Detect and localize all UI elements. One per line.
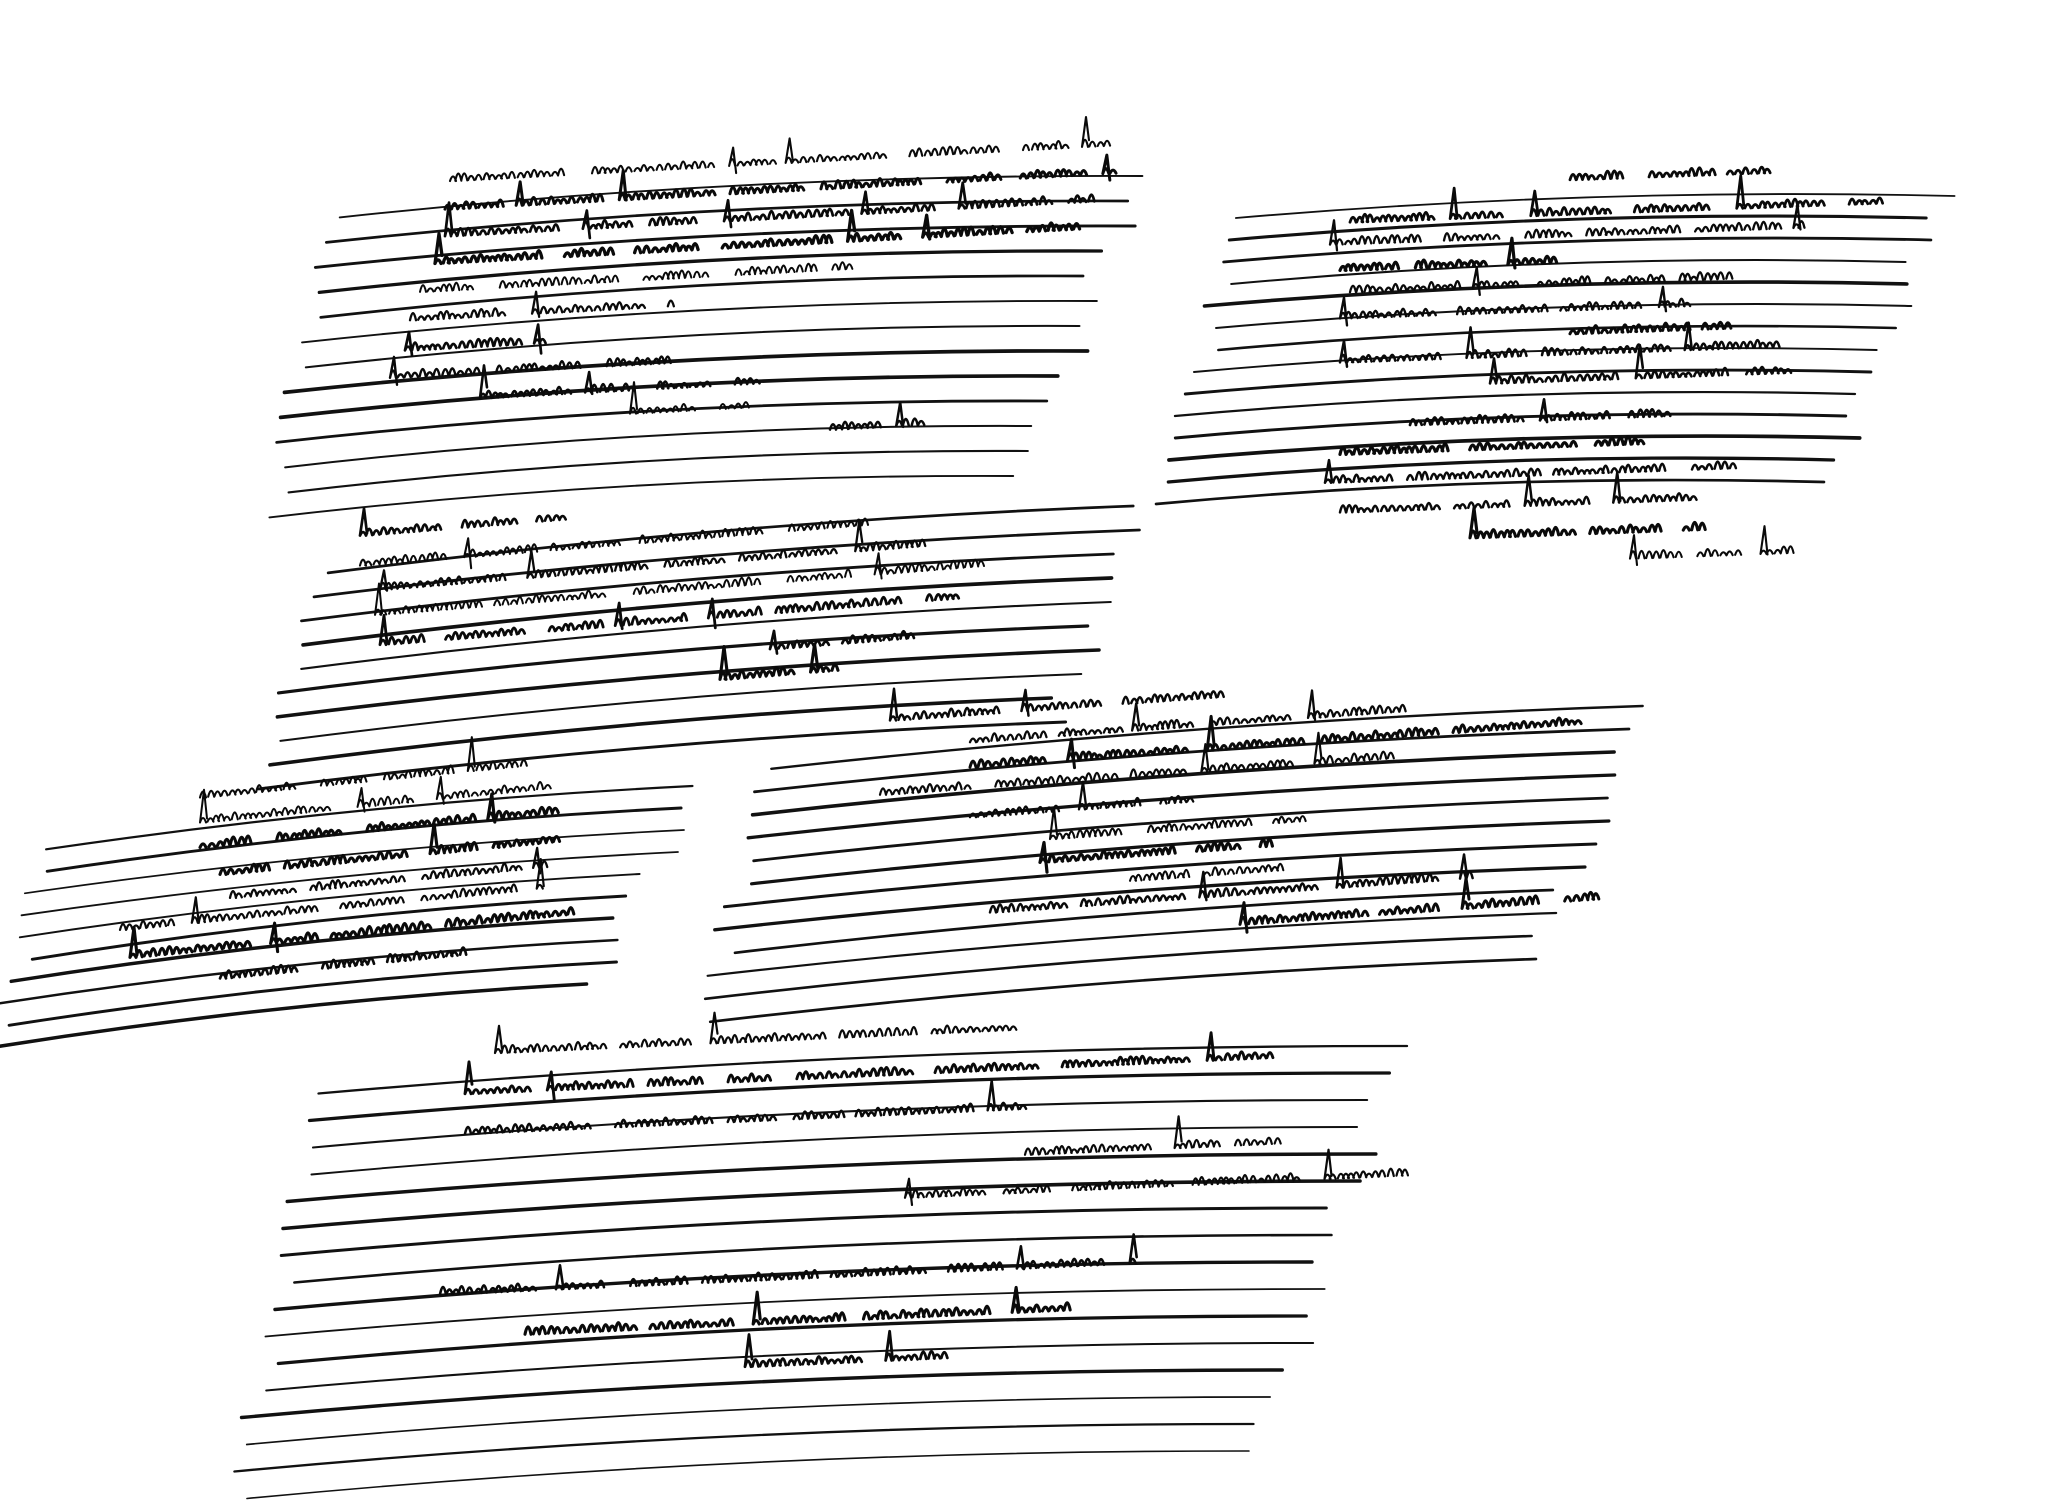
handwriting-illustration — [0, 0, 2048, 1507]
